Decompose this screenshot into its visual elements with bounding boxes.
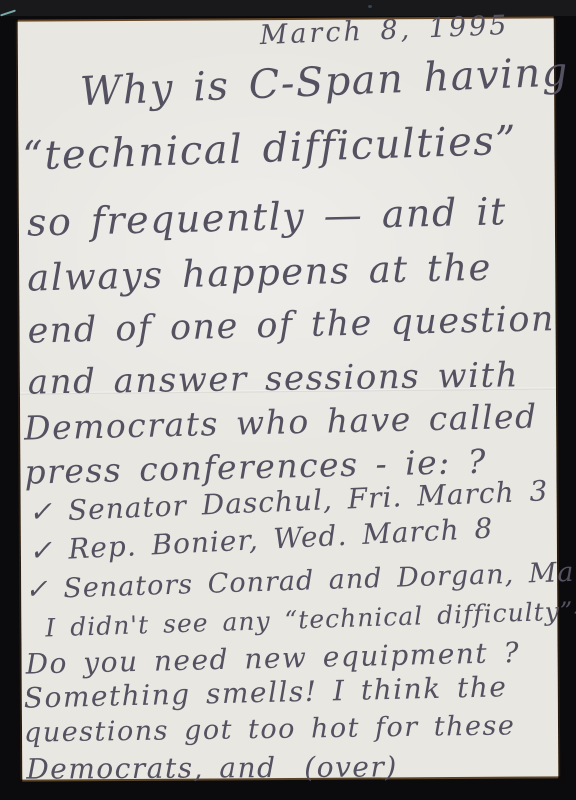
letter-line: so frequently — and it — [26, 192, 507, 243]
letter-line: questions got too hot for these — [24, 712, 516, 748]
letter-date: March 8, 1995 — [259, 12, 510, 51]
letter-line: always happens at the — [27, 249, 493, 299]
letter-line: Democrats who have called — [24, 400, 538, 447]
letter-line: Why is C-Span having — [79, 51, 569, 113]
letter-paper: March 8, 1995 Why is C-Span having “tech… — [18, 18, 559, 779]
scanned-letter-background: March 8, 1995 Why is C-Span having “tech… — [0, 0, 576, 800]
letter-line: Democrats, and — [26, 753, 276, 784]
letter-line: end of one of the question — [27, 301, 555, 350]
over-note: (over) — [304, 752, 398, 782]
letter-line: and answer sessions with — [28, 358, 520, 401]
dust-speck — [368, 5, 372, 8]
letter-line: I didn't see any “technical difficulty”- — [45, 598, 576, 642]
letter-line: “technical difficulties” — [22, 120, 518, 178]
